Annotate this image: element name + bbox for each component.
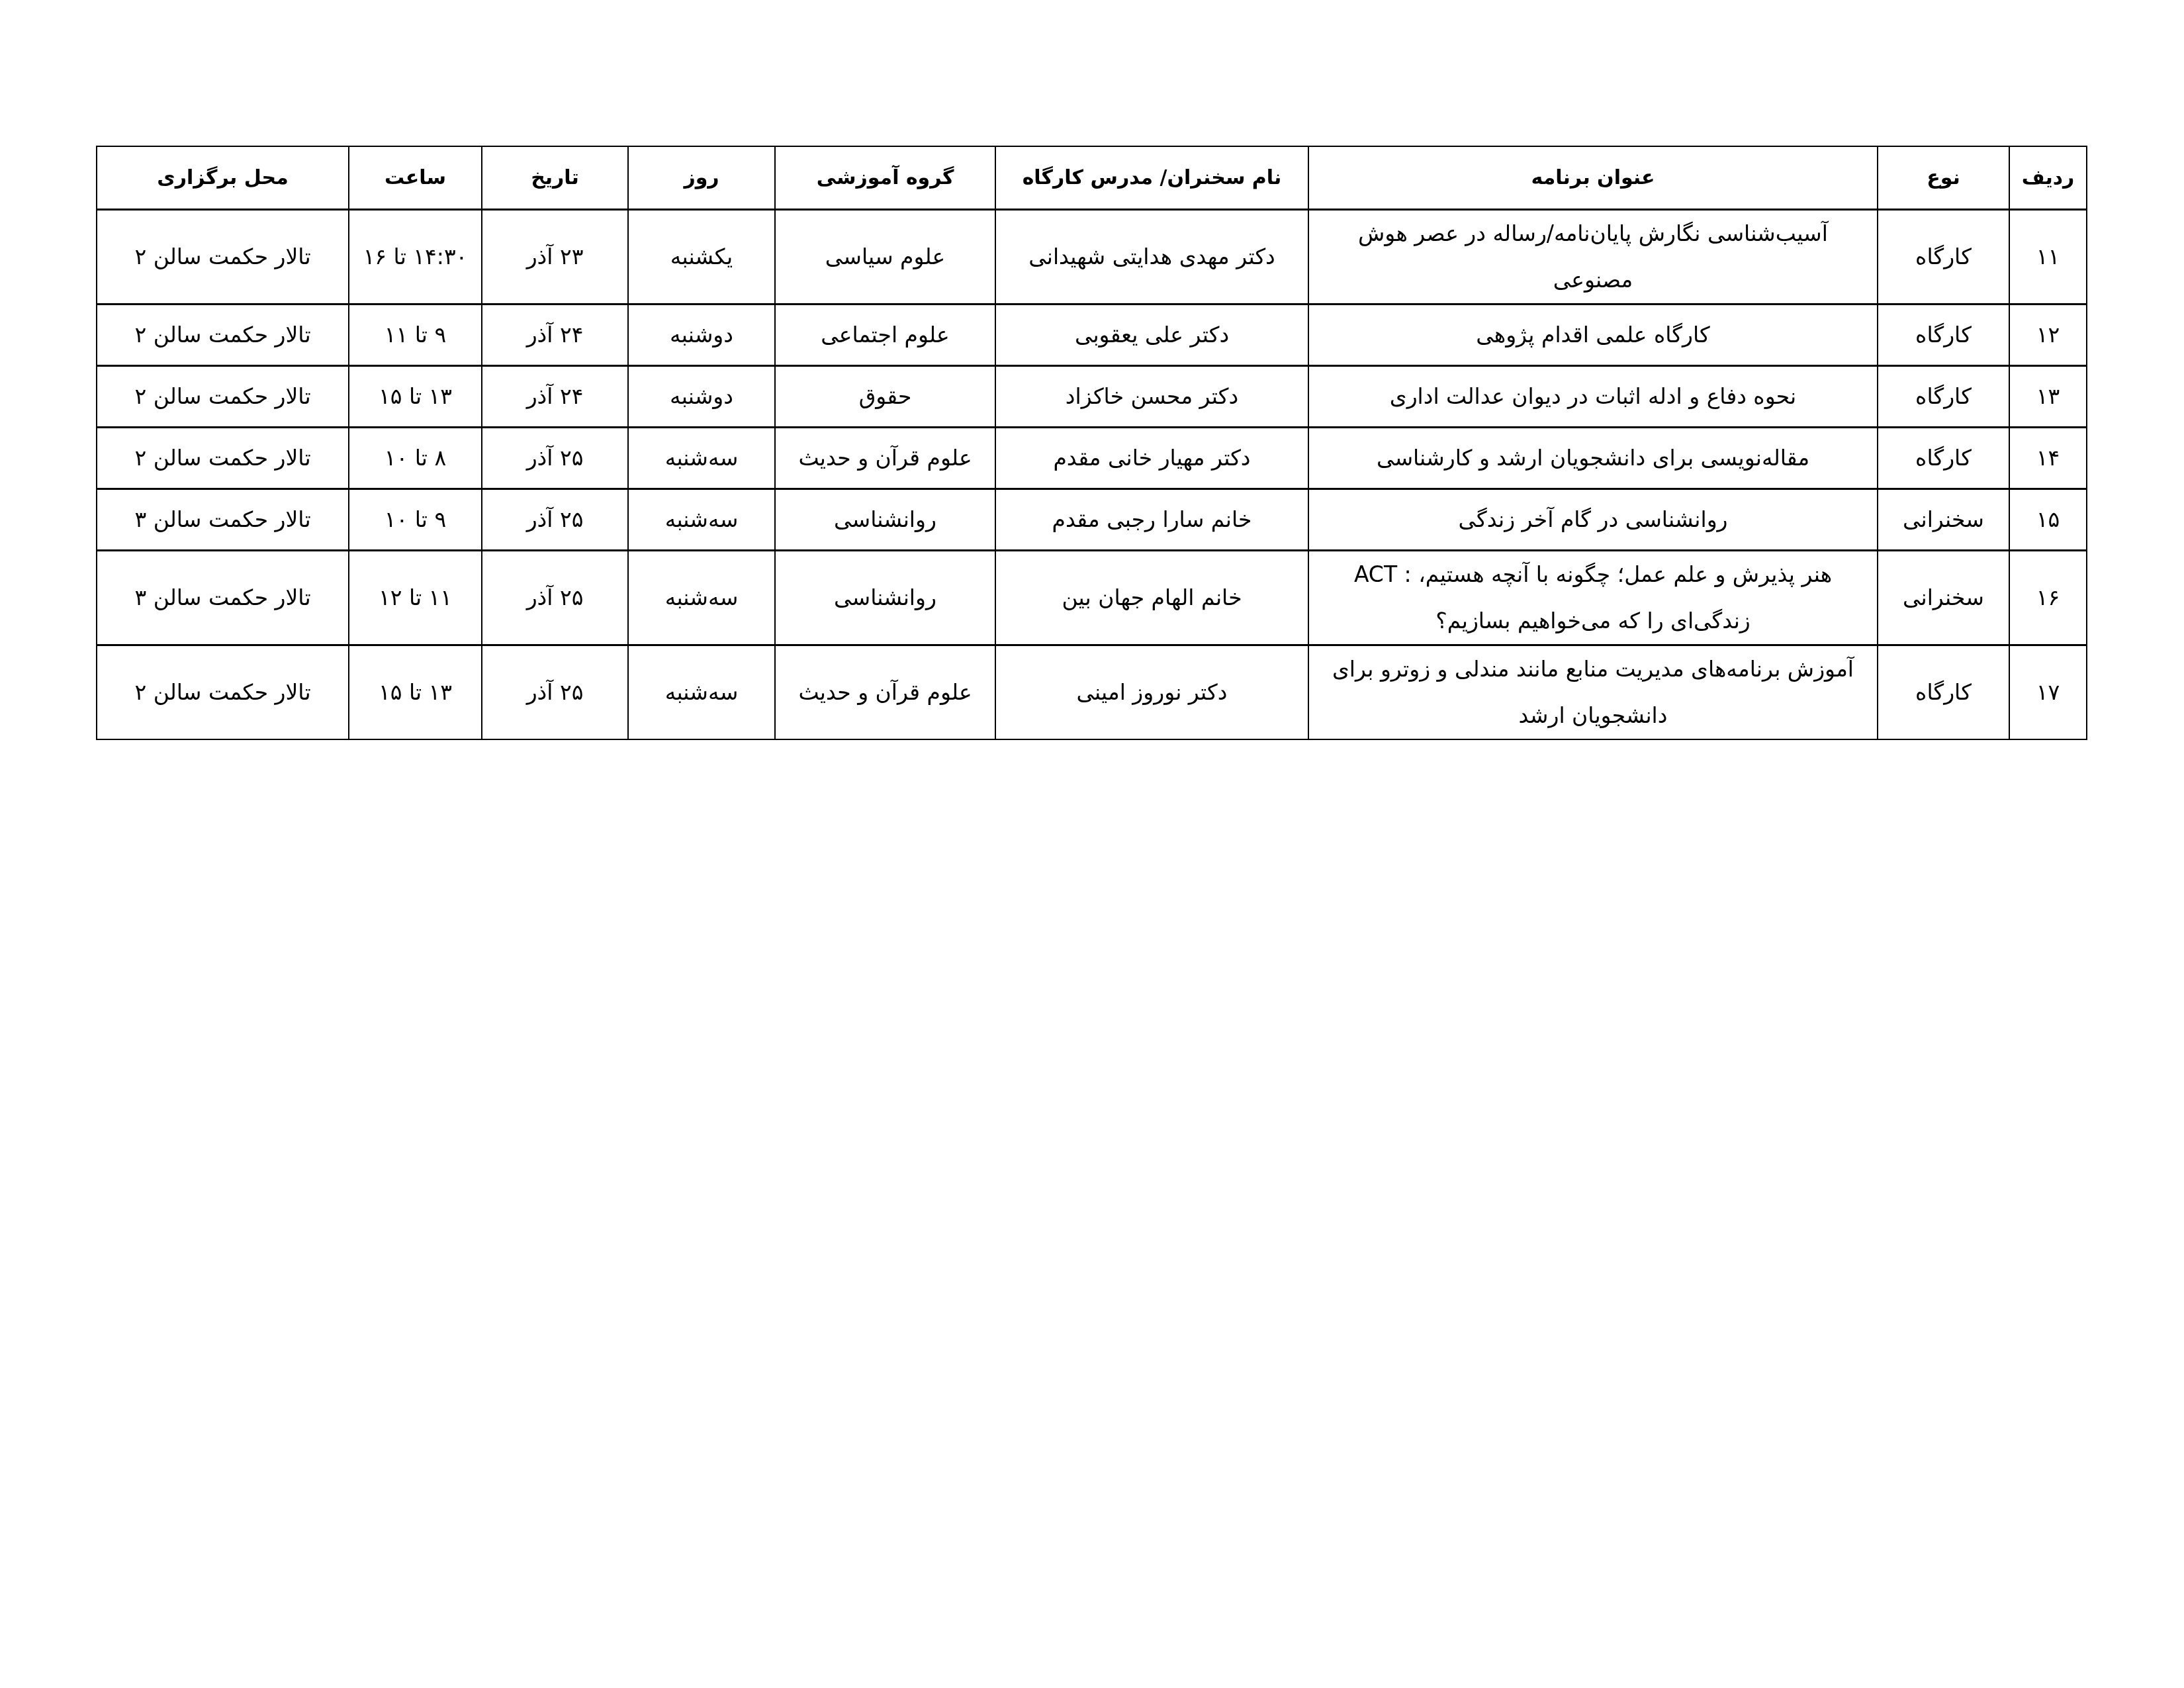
cell-date: ۲۵ آذر <box>482 645 628 739</box>
cell-type: کارگاه <box>1878 427 2009 489</box>
cell-speaker: دکتر نوروز امینی <box>995 645 1308 739</box>
cell-type: کارگاه <box>1878 209 2009 304</box>
cell-speaker: دکتر مهیار خانی مقدم <box>995 427 1308 489</box>
cell-type: کارگاه <box>1878 304 2009 365</box>
cell-day: دوشنبه <box>628 304 775 365</box>
cell-title: ACT : هنر پذیرش و علم عمل؛ چگونه با آنچه… <box>1308 550 1878 645</box>
cell-venue: تالار حکمت سالن ۲ <box>97 365 349 427</box>
table-row: ۱۳ کارگاه نحوه دفاع و ادله اثبات در دیوا… <box>97 365 2087 427</box>
cell-time: ۹ تا ۱۱ <box>349 304 482 365</box>
cell-department: علوم قرآن و حدیث <box>775 427 995 489</box>
cell-time: ۱۱ تا ۱۲ <box>349 550 482 645</box>
header-time: ساعت <box>349 146 482 209</box>
table-row: ۱۷ کارگاه آموزش برنامه‌های مدیریت منابع … <box>97 645 2087 739</box>
cell-day: سه‌شنبه <box>628 550 775 645</box>
cell-speaker: خانم الهام جهان بین <box>995 550 1308 645</box>
header-row-no: ردیف <box>2009 146 2087 209</box>
cell-day: سه‌شنبه <box>628 427 775 489</box>
cell-type: کارگاه <box>1878 645 2009 739</box>
cell-time: ۹ تا ۱۰ <box>349 489 482 550</box>
header-day: روز <box>628 146 775 209</box>
header-speaker: نام سخنران/ مدرس کارگاه <box>995 146 1308 209</box>
cell-date: ۲۵ آذر <box>482 427 628 489</box>
cell-venue: تالار حکمت سالن ۳ <box>97 550 349 645</box>
cell-speaker: دکتر محسن خاکزاد <box>995 365 1308 427</box>
cell-day: سه‌شنبه <box>628 489 775 550</box>
header-title: عنوان برنامه <box>1308 146 1878 209</box>
table-header-row: ردیف نوع عنوان برنامه نام سخنران/ مدرس ک… <box>97 146 2087 209</box>
cell-row-no: ۱۲ <box>2009 304 2087 365</box>
cell-speaker: دکتر مهدی هدایتی شهیدانی <box>995 209 1308 304</box>
cell-speaker: دکتر علی یعقوبی <box>995 304 1308 365</box>
cell-time: ۱۳ تا ۱۵ <box>349 365 482 427</box>
cell-day: یکشنبه <box>628 209 775 304</box>
cell-speaker: خانم سارا رجبی مقدم <box>995 489 1308 550</box>
cell-department: علوم قرآن و حدیث <box>775 645 995 739</box>
cell-department: روانشناسی <box>775 550 995 645</box>
event-schedule-table: ردیف نوع عنوان برنامه نام سخنران/ مدرس ک… <box>96 146 2087 740</box>
cell-row-no: ۱۳ <box>2009 365 2087 427</box>
header-type: نوع <box>1878 146 2009 209</box>
table-row: ۱۵ سخنرانی روانشناسی در گام آخر زندگی خا… <box>97 489 2087 550</box>
table-row: ۱۴ کارگاه مقاله‌نویسی برای دانشجویان ارش… <box>97 427 2087 489</box>
cell-venue: تالار حکمت سالن ۲ <box>97 645 349 739</box>
cell-row-no: ۱۷ <box>2009 645 2087 739</box>
cell-title: روانشناسی در گام آخر زندگی <box>1308 489 1878 550</box>
cell-type: سخنرانی <box>1878 550 2009 645</box>
cell-time: ۱۴:۳۰ تا ۱۶ <box>349 209 482 304</box>
cell-row-no: ۱۱ <box>2009 209 2087 304</box>
cell-date: ۲۵ آذر <box>482 489 628 550</box>
cell-title: کارگاه علمی اقدام پژوهی <box>1308 304 1878 365</box>
cell-department: روانشناسی <box>775 489 995 550</box>
table-row: ۱۱ کارگاه آسیب‌شناسی نگارش پایان‌نامه/رس… <box>97 209 2087 304</box>
cell-day: دوشنبه <box>628 365 775 427</box>
header-department: گروه آموزشی <box>775 146 995 209</box>
cell-title: آموزش برنامه‌های مدیریت منابع مانند مندل… <box>1308 645 1878 739</box>
cell-row-no: ۱۶ <box>2009 550 2087 645</box>
cell-venue: تالار حکمت سالن ۲ <box>97 209 349 304</box>
cell-title: مقاله‌نویسی برای دانشجویان ارشد و کارشنا… <box>1308 427 1878 489</box>
cell-title: نحوه دفاع و ادله اثبات در دیوان عدالت اد… <box>1308 365 1878 427</box>
cell-time: ۸ تا ۱۰ <box>349 427 482 489</box>
cell-venue: تالار حکمت سالن ۳ <box>97 489 349 550</box>
cell-date: ۲۴ آذر <box>482 365 628 427</box>
table-row: ۱۲ کارگاه کارگاه علمی اقدام پژوهی دکتر ع… <box>97 304 2087 365</box>
cell-venue: تالار حکمت سالن ۲ <box>97 304 349 365</box>
cell-date: ۲۳ آذر <box>482 209 628 304</box>
cell-date: ۲۴ آذر <box>482 304 628 365</box>
cell-department: حقوق <box>775 365 995 427</box>
table-row: ۱۶ سخنرانی ACT : هنر پذیرش و علم عمل؛ چگ… <box>97 550 2087 645</box>
cell-row-no: ۱۵ <box>2009 489 2087 550</box>
cell-type: کارگاه <box>1878 365 2009 427</box>
cell-venue: تالار حکمت سالن ۲ <box>97 427 349 489</box>
cell-department: علوم سیاسی <box>775 209 995 304</box>
header-date: تاریخ <box>482 146 628 209</box>
cell-row-no: ۱۴ <box>2009 427 2087 489</box>
cell-title: آسیب‌شناسی نگارش پایان‌نامه/رساله در عصر… <box>1308 209 1878 304</box>
header-venue: محل برگزاری <box>97 146 349 209</box>
cell-type: سخنرانی <box>1878 489 2009 550</box>
cell-department: علوم اجتماعی <box>775 304 995 365</box>
document-page: ردیف نوع عنوان برنامه نام سخنران/ مدرس ک… <box>0 0 2184 1688</box>
cell-day: سه‌شنبه <box>628 645 775 739</box>
cell-date: ۲۵ آذر <box>482 550 628 645</box>
cell-time: ۱۳ تا ۱۵ <box>349 645 482 739</box>
